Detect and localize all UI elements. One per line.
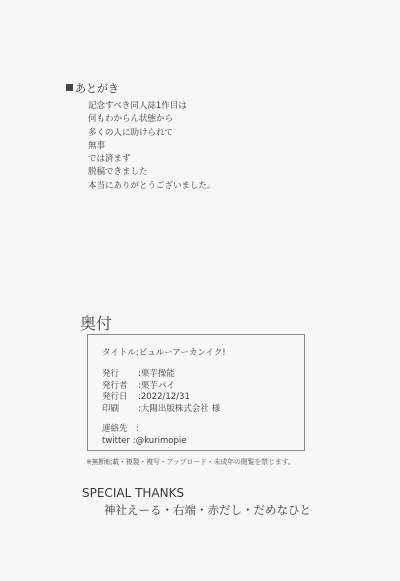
colophon-value: :栗芋パイ xyxy=(138,381,175,393)
colophon-row: 印刷 :大陽出版株式会社 様 xyxy=(102,404,226,416)
afterword-heading-text: あとがき xyxy=(75,82,119,95)
afterword-body: 記念すべき同人誌1作目は 何もわからん状態から 多くの人に助けられて 無事 では… xyxy=(88,100,216,193)
colophon-key: 発行 xyxy=(102,369,138,381)
square-bullet-icon xyxy=(66,84,73,91)
copyright-notice: ※無断転載・複製・複写・アップロード・未成年の閲覧を禁じます。 xyxy=(86,457,295,467)
colophon-value: :2022/12/31 xyxy=(138,392,190,404)
special-thanks-heading: SPECIAL THANKS xyxy=(82,486,184,500)
colophon-key: 印刷 xyxy=(102,404,138,416)
afterword-line: 記念すべき同人誌1作目は xyxy=(88,100,216,113)
colophon-row: 発行日 :2022/12/31 xyxy=(102,392,226,404)
afterword-line: 無事 xyxy=(88,140,216,153)
colophon-value: :栗芋操能 xyxy=(138,369,175,381)
colophon-key: 発行者 xyxy=(102,381,138,393)
afterword-line: 本当にありがとうございました。 xyxy=(88,180,216,193)
colophon-value: :大陽出版株式会社 様 xyxy=(138,404,220,416)
afterword-heading: あとがき xyxy=(66,80,119,96)
colophon-box: タイトル:ビュルーアーカンイク! 発行 :栗芋操能 発行者 :栗芋パイ 発行日 … xyxy=(87,334,305,451)
afterword-line: 多くの人に助けられて xyxy=(88,127,216,140)
twitter-handle: twitter :@kurimopie xyxy=(102,436,226,448)
colophon-heading: 奥付 xyxy=(80,311,112,334)
contact-label: 連絡先 : xyxy=(102,424,226,436)
colophon-row: 発行者 :栗芋パイ xyxy=(102,381,226,393)
afterword-line: では済まず xyxy=(88,153,216,166)
afterword-line: 何もわからん状態から xyxy=(88,113,216,126)
colophon-title-line: タイトル:ビュルーアーカンイク! xyxy=(102,346,226,358)
special-thanks-names: 神社えーる・右端・赤だし・だめなひと xyxy=(104,502,311,518)
colophon-row: 発行 :栗芋操能 xyxy=(102,369,226,381)
colophon-key: 発行日 xyxy=(102,392,138,404)
afterword-line: 脱稿できました xyxy=(88,166,216,179)
